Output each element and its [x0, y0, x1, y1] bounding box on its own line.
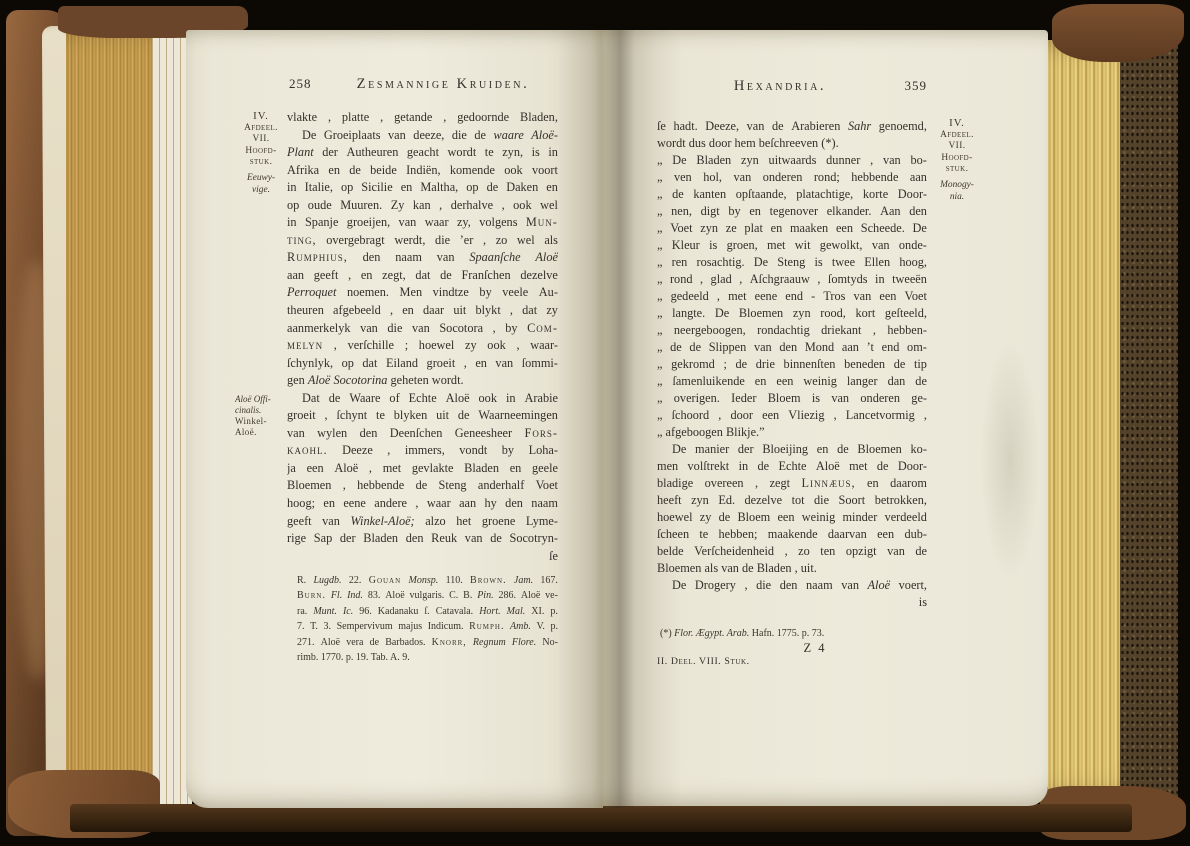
text-line: menvolſtrektindeEchteAloëmetdeDoor- — [657, 458, 927, 475]
text-line: inSpanjegroeijen,vanwaarzy,volgensMun- — [287, 214, 558, 232]
text-line: „ſamenluikendeeneenweiniglangerdande — [657, 373, 927, 390]
text-line: „VoetzynzeplatenmaakeneenScheede.De — [657, 220, 927, 237]
text-line: „rond,glad,Aſchgraauw,ſomtydsintweeën — [657, 271, 927, 288]
text-line: melyn,verſchille;hoewelzyook,waar- — [287, 337, 558, 355]
text-line: aangeeft,enzegt,datdeFranſchendezelve — [287, 267, 558, 285]
text-line: Rumphius,dennaamvanSpaanſcheAloë — [287, 249, 558, 267]
text-line: IV. — [237, 111, 285, 123]
text-line: beldeVerſcheidenheid,zotenopzigtvande — [657, 543, 927, 560]
text-line: rimb. 1770. p. 19. Tab. A. 9. — [297, 650, 558, 665]
right-footnote: (*) Flor. Ægypt. Arab. Hafn. 1775. p. 73… — [660, 626, 928, 641]
text-line: Afdeel. — [930, 130, 984, 142]
text-line: Winkel- — [235, 416, 287, 427]
text-line: wordt dus door hem beſchreeven (*). — [657, 135, 927, 152]
text-line: opoudeMuuren.Zykan,derhalve,ookwel — [287, 197, 558, 215]
left-footnote: R.Lugdb.22.GouanMonsp.110.Brown.Jam.167.… — [297, 573, 558, 665]
text-line: rigeSapderBladendenReukvandeSocotryn- — [287, 530, 558, 548]
text-line: „Kleurisgroen,metwitgewolkt,vanonde- — [657, 237, 927, 254]
text-line: groeit,ſchyntteblykenuitdeWaarneemingen — [287, 407, 558, 425]
text-line: „DeBladenzynuitwaardsdunner,vanbo- — [657, 152, 927, 169]
text-line: „dekantenopſtaande,platachtige,korteDoor… — [657, 186, 927, 203]
text-line: is — [657, 594, 927, 611]
right-page-stack-fore-edge — [1048, 40, 1126, 804]
text-line: VII. — [237, 134, 285, 146]
left-running-title: Zesmannige Kruiden. — [329, 76, 557, 93]
left-page-number: 258 — [289, 76, 312, 92]
text-line: 271.AloëveradeBarbados.Knorr,RegnumFlore… — [297, 635, 558, 650]
right-cover-board — [1120, 26, 1178, 826]
bottom-board-edge — [70, 804, 1132, 832]
text-line: DatdeWaareofEchteAloëookinArabie — [287, 390, 558, 408]
text-line: R.Lugdb.22.GouanMonsp.110.Brown.Jam.167. — [297, 573, 558, 588]
text-line: „gedeeld,meteeneend-TrosvaneenVoet — [657, 288, 927, 305]
left-page-header: 258 Zesmannige Kruiden. — [287, 76, 558, 96]
left-body-text: vlakte,platte,getande,gedoorndeBladen,De… — [287, 109, 558, 565]
text-line: vlakte,platte,getande,gedoorndeBladen, — [287, 109, 558, 127]
text-line: stuk. — [237, 157, 285, 169]
text-line: VII. — [930, 141, 984, 153]
top-right-leather — [1052, 4, 1184, 62]
text-line: nia. — [930, 192, 984, 204]
text-line: ſehadt.Deeze,vandeArabierenSahrgenoemd, — [657, 118, 927, 135]
left-page-stack-fore-edge — [66, 24, 154, 816]
text-line: Bloemen als van de Bladen , uit. — [657, 560, 927, 577]
text-line: inItalie,opSicilieenMaltha,opdeDakenen — [287, 179, 558, 197]
volume-mark: II. Deel. VIII. Stuk. — [657, 656, 750, 667]
text-line: Afdeel. — [237, 123, 285, 135]
text-line: DemanierderBloeijingendeBloemenko- — [657, 441, 927, 458]
text-line: gen Aloë Socotorina geheten wordt. — [287, 372, 558, 390]
text-line: jaeenAloë,metgevlakteBladenengeele — [287, 460, 558, 478]
text-line: theurenafgebeeld,endaaruitblykt,datzy — [287, 302, 558, 320]
left-margin-note-species: Aloë Offi-cinalis.Winkel-Aloë. — [235, 394, 287, 438]
right-running-title: Hexandria. — [665, 78, 895, 95]
text-line: Perroquetnoemen.MenvindtzebyveeleAu- — [287, 284, 558, 302]
text-line: ſchynlyk,opdatEilandgroeit,envanſommi- — [287, 355, 558, 373]
text-line: (*) Flor. Ægypt. Arab. Hafn. 1775. p. 73… — [660, 626, 928, 641]
text-line: vige. — [237, 185, 285, 197]
text-line: „venhol,vanonderenrond;hebbendeaan — [657, 169, 927, 186]
text-line: „neergeboogen,rondachtigdriekant,hebben- — [657, 322, 927, 339]
text-line: ſcheentehebben;maakendedaarvaneendub- — [657, 526, 927, 543]
text-line: „nen,digtbyentegenoverelkander.Aanden — [657, 203, 927, 220]
text-line: Aloë Offi- — [235, 394, 287, 405]
text-line: DeGroeiplaatsvandeeze,diedewaareAloë- — [287, 127, 558, 145]
text-line: cinalis. — [235, 405, 287, 416]
text-line: hoog;eneeneandere,waaraanhydennaam — [287, 495, 558, 513]
text-line: vanwylendenDeenſchenGeneesheerFors- — [287, 425, 558, 443]
text-line: DeDrogery,diedennaamvanAloëvoert, — [657, 577, 927, 594]
text-line: Monogy- — [930, 180, 984, 192]
text-line: aanmerkelykvandievanSocotora,byCom- — [287, 320, 558, 338]
text-line: hoewelzydeBloemeenweinigminderverdeeld — [657, 509, 927, 526]
text-line: 7.T.3.SempervivummajusIndicum.Rumph.Amb.… — [297, 619, 558, 634]
text-line: Eeuwy- — [237, 173, 285, 185]
text-line: ſe — [287, 548, 558, 566]
text-line: „langte.DeBloemenzynrood,kortgeſteeld, — [657, 305, 927, 322]
text-line: bladigeovereen,zegtLinnæus,endaarom — [657, 475, 927, 492]
text-line: geeftvanWinkel-Aloë;alzohetgroeneLyme- — [287, 513, 558, 531]
right-page-number: 359 — [905, 78, 928, 94]
text-line: „dedeSlippenvandenMondaan’tendom- — [657, 339, 927, 356]
right-body-text: ſehadt.Deeze,vandeArabierenSahrgenoemd,w… — [657, 118, 927, 611]
text-line: heeftzynEd.dezelvetotdieSoortbetrokken, — [657, 492, 927, 509]
book-scan: 258 Zesmannige Kruiden. IV.Afdeel.VII.Ho… — [0, 0, 1190, 846]
text-line: Bloemen,hebbendedeStenganderhalfVoet — [287, 477, 558, 495]
text-line: Burn.Fl.Ind.83.Aloëvulgaris.C.B.Pin.286.… — [297, 588, 558, 603]
text-line: kaohl.Deeze,immers,vondtbyLoha- — [287, 442, 558, 460]
text-line: PlantderAutheurengeachtwordttezyn,isin — [287, 144, 558, 162]
text-line: ting,overgebragtwerdt,die’er,zowelals — [287, 232, 558, 250]
text-line: Aloë. — [235, 427, 287, 438]
text-line: Hoofd- — [930, 153, 984, 165]
text-line: AfrikaendebeideIndiën,komendeookvoort — [287, 162, 558, 180]
text-line: „ſchoord,dooreenVliezig,Lancetvormig, — [657, 407, 927, 424]
right-page-header: Hexandria. 359 — [655, 78, 927, 98]
signature-mark: Z 4 — [680, 641, 950, 656]
text-line: stuk. — [930, 164, 984, 176]
text-line: IV. — [930, 118, 984, 130]
text-line: „renrosachtig.DeStengistweeEllenhoog, — [657, 254, 927, 271]
right-margin-note-chapter: IV.Afdeel.VII.Hoofd-stuk.Monogy-nia. — [930, 118, 984, 203]
text-line: „overigen.IederBloemisvanonderenge- — [657, 390, 927, 407]
text-line: Hoofd- — [237, 146, 285, 158]
text-line: „gekromd;dedriebinnenſtenbenedendetip — [657, 356, 927, 373]
text-line: ra.Munt.Ic.96.Kadanakuſ.Catavala.Hort.Ma… — [297, 604, 558, 619]
text-line: „ afgeboogen Blikje.” — [657, 424, 927, 441]
left-margin-note-chapter: IV.Afdeel.VII.Hoofd-stuk.Eeuwy-vige. — [237, 111, 285, 196]
